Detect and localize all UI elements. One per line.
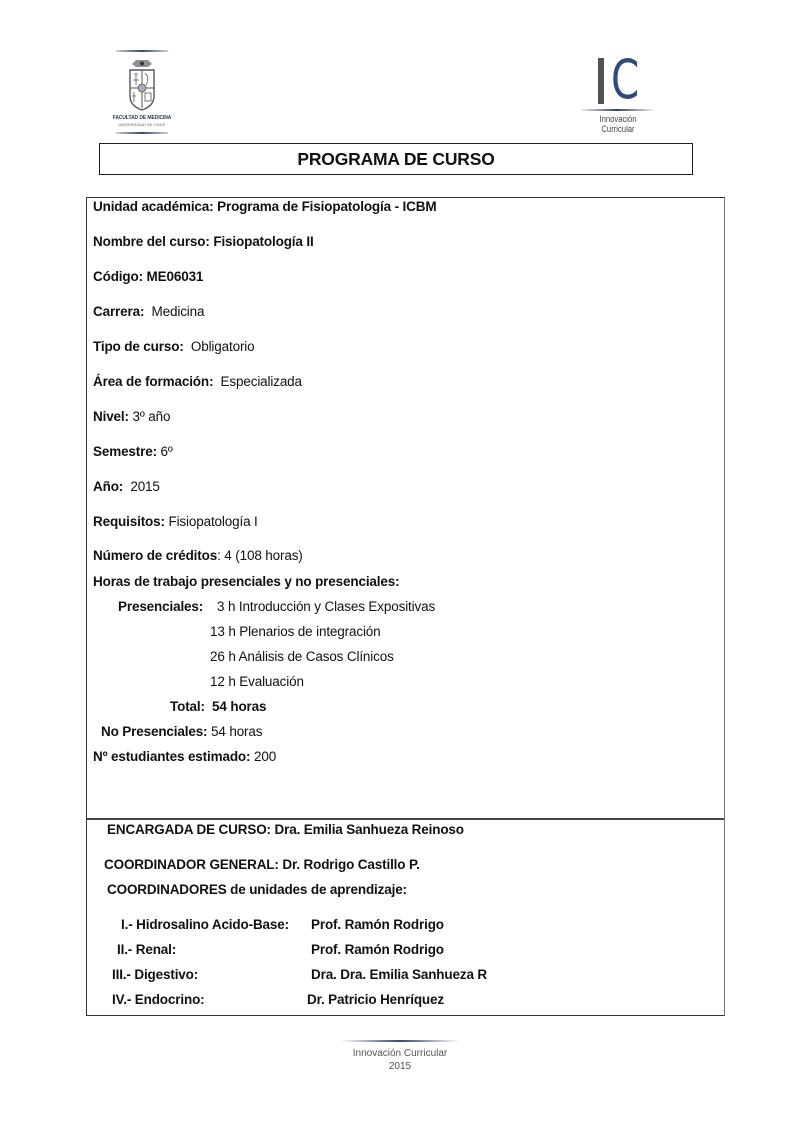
horas-item: 12 h Evaluación [210, 674, 304, 690]
field-value: 6º [161, 444, 173, 459]
field-label: Requisitos: [93, 514, 165, 529]
presenciales-label-text: Presenciales: [118, 599, 203, 614]
horas-item: 26 h Análisis de Casos Clínicos [210, 649, 394, 665]
field-carrera: Carrera: Medicina [93, 304, 204, 320]
field-value: : 4 (108 horas) [217, 548, 303, 563]
coordinator-name: Prof. Ramón Rodrigo [311, 942, 444, 957]
field-value: Medicina [152, 304, 205, 319]
ic-letter-i [598, 58, 604, 104]
unit-label: III.- Digestivo: [112, 967, 198, 982]
unit-coordinator: Dr. Patricio Henríquez [307, 992, 444, 1008]
unit-name: III.- Digestivo: [112, 967, 198, 983]
horas-heading: Horas de trabajo presenciales y no prese… [93, 574, 399, 590]
no-presenciales-value: 54 horas [211, 724, 262, 739]
field-value: Fisiopatología I [168, 514, 257, 529]
encargada-de-curso: ENCARGADA DE CURSO: Dra. Emilia Sanhueza… [107, 822, 464, 838]
document-title: PROGRAMA DE CURSO [297, 149, 494, 170]
field-nombre: Nombre del curso: Fisiopatología II [93, 234, 314, 250]
unit-coordinator: Prof. Ramón Rodrigo [311, 942, 444, 958]
field-label: Semestre: [93, 444, 157, 459]
total-value: 54 horas [212, 699, 266, 714]
field-unidad: Unidad académica: Programa de Fisiopatol… [93, 199, 436, 215]
field-label: Carrera: [93, 304, 144, 319]
coord-general-value: Dr. Rodrigo Castillo P. [282, 857, 419, 872]
footer-year: 2015 [340, 1061, 460, 1073]
field-value: 3º año [132, 409, 170, 424]
university-name: UNIVERSIDAD DE CHILE [112, 122, 172, 127]
coordinadores-heading: COORDINADORES de unidades de aprendizaje… [107, 882, 407, 898]
field-codigo: Código: ME06031 [93, 269, 203, 285]
field-label: Nº estudiantes estimado: [93, 749, 250, 764]
footer-logo: Innovación Curricular 2015 [340, 1040, 460, 1074]
footer-rule [340, 1040, 460, 1042]
field-requisitos: Requisitos: Fisiopatología I [93, 514, 258, 530]
field-creditos: Número de créditos: 4 (108 horas) [93, 548, 303, 564]
ic-logo-icon: C [594, 56, 644, 108]
horas-heading-text: Horas de trabajo presenciales y no prese… [93, 574, 399, 589]
ic-letter-c: C [611, 50, 639, 110]
horas-total: Total: 54 horas [170, 699, 266, 715]
unit-label: I.- Hidrosalino Acido-Base: [121, 917, 289, 932]
ic-logo-line2: Curricular [587, 124, 648, 134]
encargada-value: Dra. Emilia Sanhueza Reinoso [275, 822, 464, 837]
encargada-label: ENCARGADA DE CURSO: [107, 822, 271, 837]
unit-label: II.- Renal: [117, 942, 176, 957]
unit-name: I.- Hidrosalino Acido-Base: [121, 917, 289, 933]
field-area: Área de formación: Especializada [93, 374, 302, 390]
field-label: Año: [93, 479, 123, 494]
coordinator-name: Dra. Dra. Emilia Sanhueza R [311, 967, 487, 982]
field-label: Tipo de curso: [93, 339, 184, 354]
innovacion-curricular-logo: C Innovación Curricular [582, 56, 654, 150]
field-estudiantes: Nº estudiantes estimado: 200 [93, 749, 276, 765]
coordinadores-heading-text: COORDINADORES de unidades de aprendizaje… [107, 882, 407, 897]
faculty-name: FACULTAD DE MEDICINA [112, 115, 172, 121]
unit-coordinator: Dra. Dra. Emilia Sanhueza R [311, 967, 487, 983]
field-label: Área de formación: [93, 374, 213, 389]
field-value: ME06031 [147, 269, 204, 284]
field-nivel: Nivel: 3º año [93, 409, 170, 425]
field-semestre: Semestre: 6º [93, 444, 173, 460]
unit-coordinator: Prof. Ramón Rodrigo [311, 917, 444, 933]
coord-general-label: COORDINADOR GENERAL: [104, 857, 279, 872]
logo-rule [582, 109, 652, 111]
field-anio: Año: 2015 [93, 479, 160, 495]
horas-no-presenciales: No Presenciales: 54 horas [101, 724, 262, 740]
field-label: Unidad académica: [93, 199, 214, 214]
field-value: Obligatorio [191, 339, 255, 354]
field-label: Número de créditos [93, 548, 217, 563]
ic-logo-line1: Innovación [587, 114, 648, 124]
section-divider [87, 818, 724, 820]
field-label: Nombre del curso: [93, 234, 210, 249]
horas-item: 13 h Plenarios de integración [210, 624, 381, 640]
coordinador-general: COORDINADOR GENERAL: Dr. Rodrigo Castill… [104, 857, 420, 873]
field-tipo: Tipo de curso: Obligatorio [93, 339, 255, 355]
logo-rule [116, 50, 168, 52]
logo-rule [116, 132, 168, 134]
no-presenciales-label: No Presenciales: [101, 724, 207, 739]
coordinator-name: Dr. Patricio Henríquez [307, 992, 444, 1007]
presenciales-label: Presenciales: [118, 599, 203, 615]
unit-label: IV.- Endocrino: [112, 992, 205, 1007]
document-title-box: PROGRAMA DE CURSO [99, 143, 693, 175]
field-label: Código: [93, 269, 143, 284]
ic-logo-text: Innovación Curricular [587, 114, 648, 134]
field-value: Programa de Fisiopatología - ICBM [217, 199, 436, 214]
faculty-logo: FACULTAD DE MEDICINA UNIVERSIDAD DE CHIL… [112, 50, 172, 134]
field-value: 2015 [130, 479, 159, 494]
footer-text: Innovación Curricular [340, 1048, 460, 1060]
field-value: 200 [254, 749, 276, 764]
coordinator-name: Prof. Ramón Rodrigo [311, 917, 444, 932]
field-label: Nivel: [93, 409, 129, 424]
field-value: Especializada [221, 374, 302, 389]
field-value: Fisiopatología II [213, 234, 313, 249]
unit-name: IV.- Endocrino: [112, 992, 205, 1008]
total-label: Total: [170, 699, 205, 714]
horas-item: 3 h Introducción y Clases Expositivas [217, 599, 435, 615]
faculty-crest-icon [126, 58, 158, 112]
unit-name: II.- Renal: [117, 942, 176, 958]
